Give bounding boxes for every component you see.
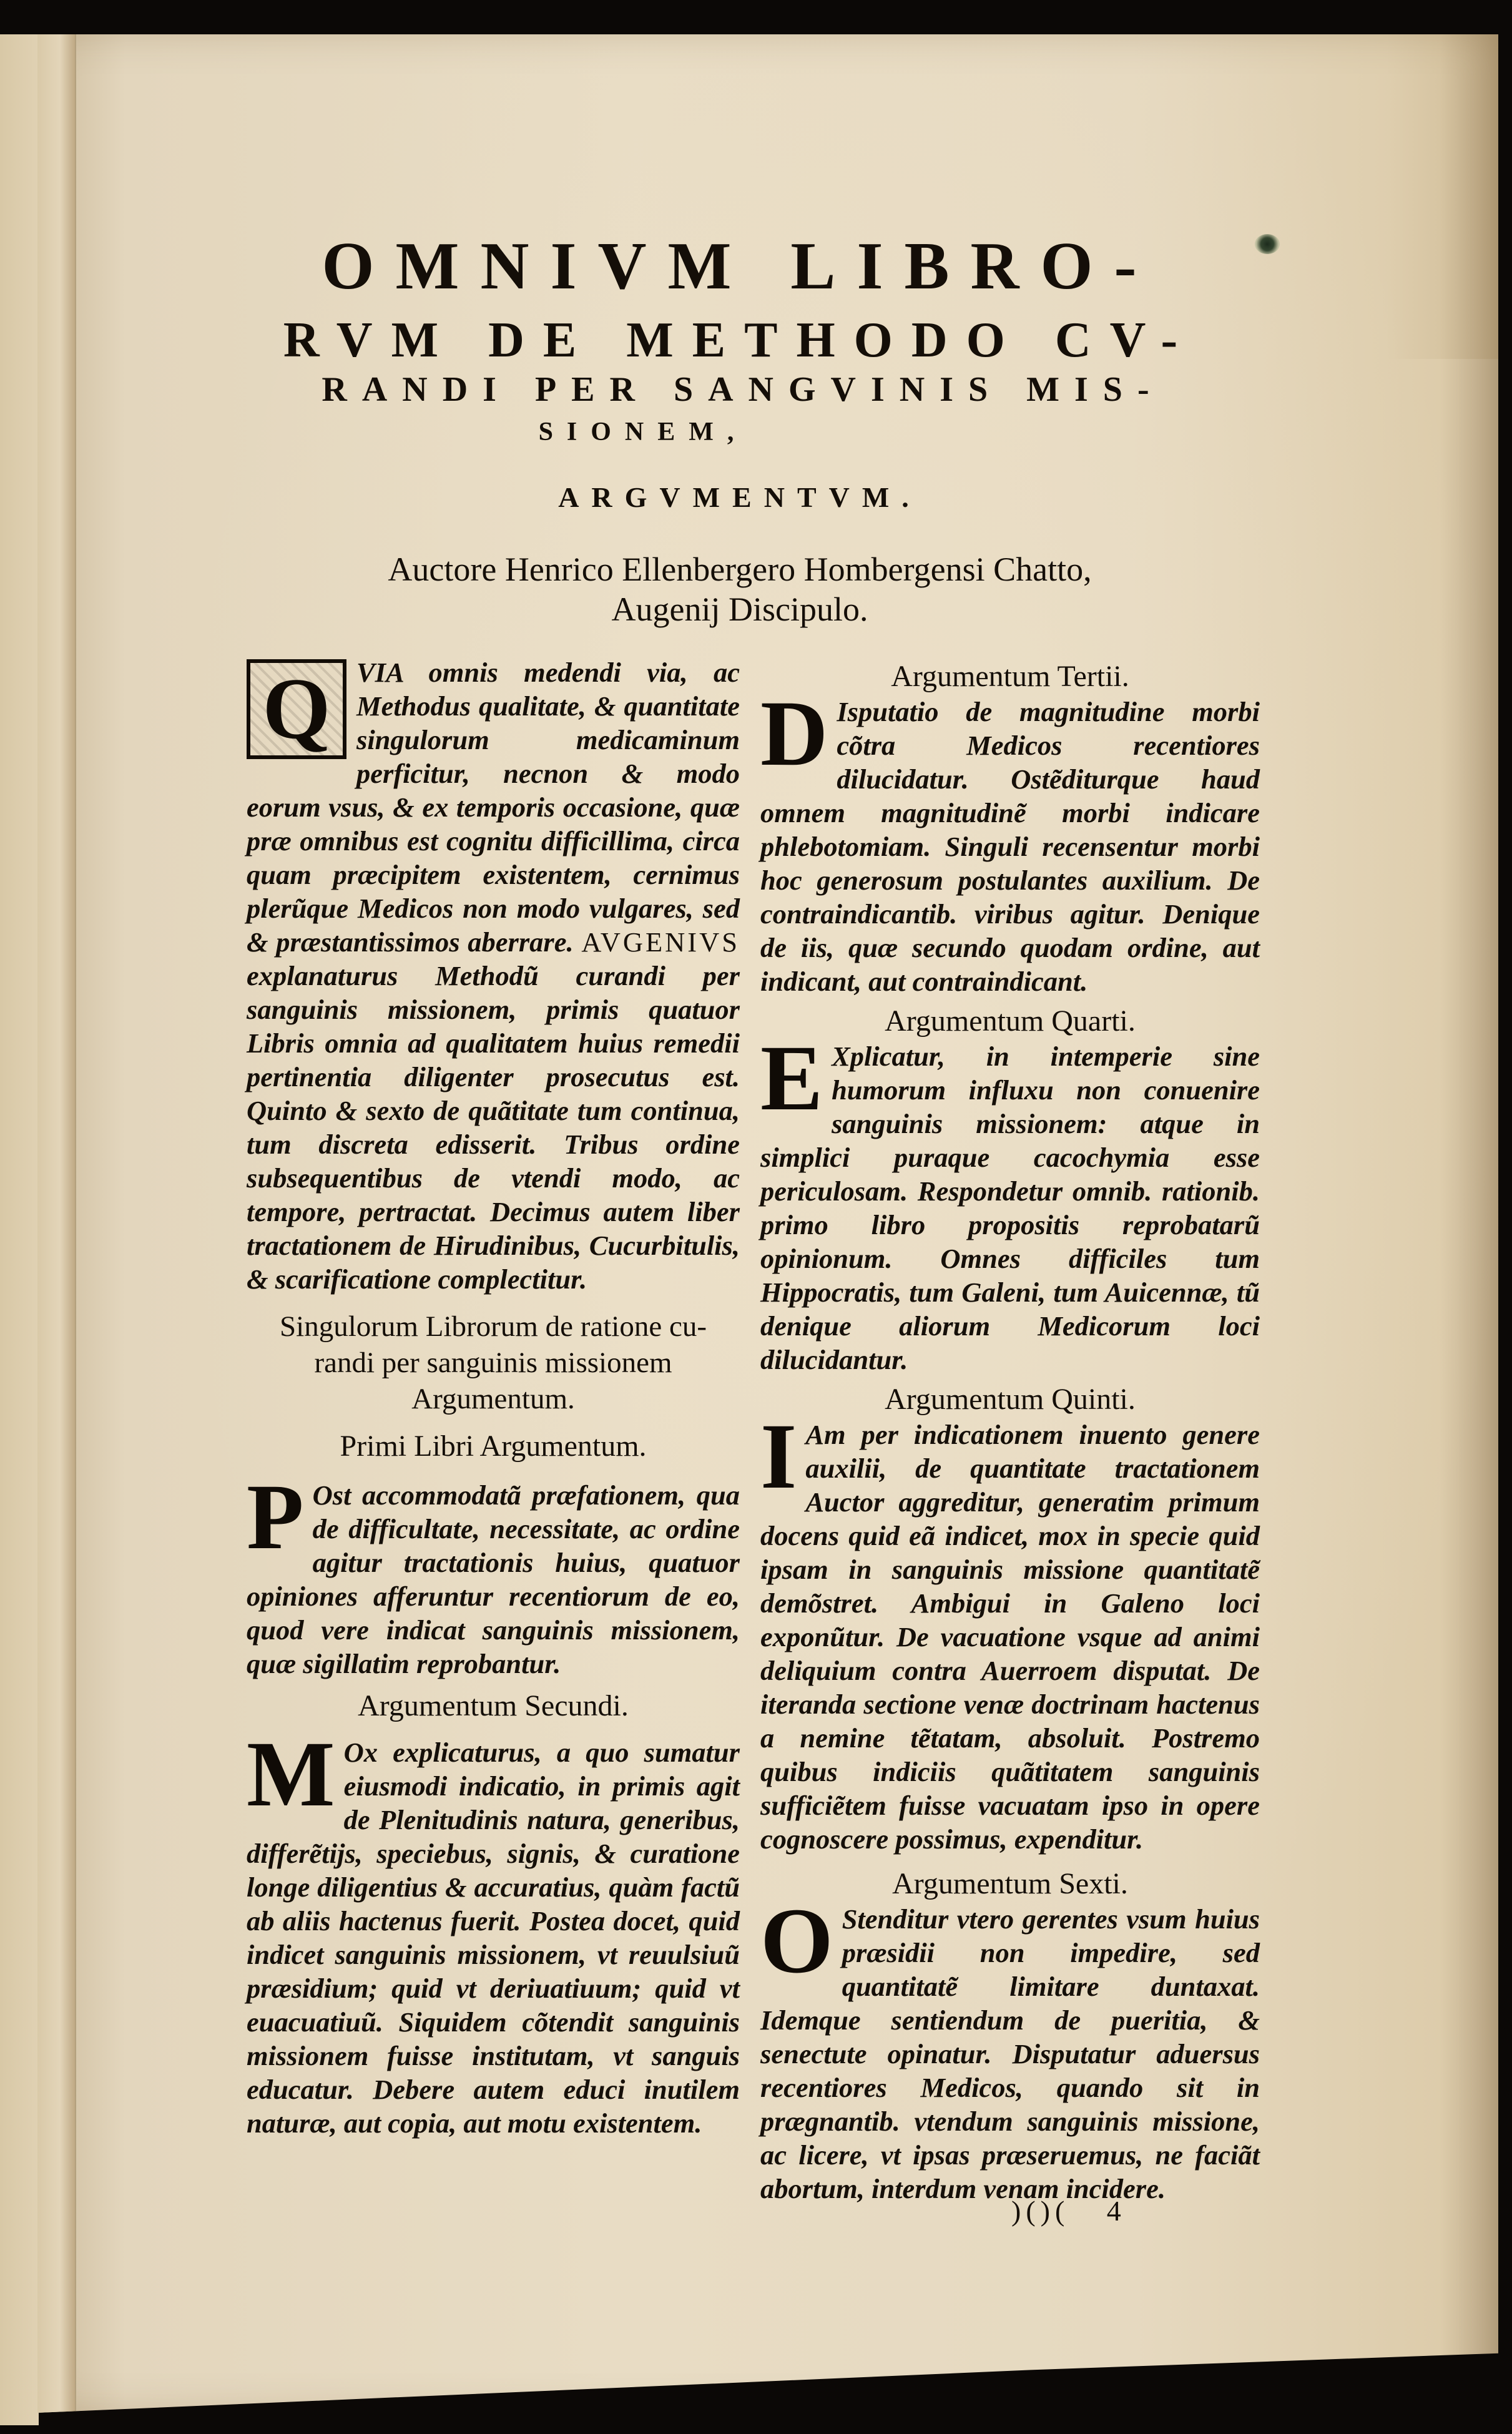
sexti-paragraph: OStenditur vtero gerentes vsum huius præ…: [760, 1902, 1260, 2206]
title-line-2: RVM DE METHODO CV-: [225, 312, 1255, 369]
title-line-1: OMNIVM LIBRO-: [225, 228, 1255, 305]
section-heading-line-2: randi per sanguinis missionem: [247, 1345, 740, 1381]
sexti-heading: Argumentum Sexti.: [760, 1866, 1260, 1902]
tertii-heading: Argumentum Tertii.: [760, 659, 1260, 695]
water-stain: [1386, 34, 1498, 359]
quinti-heading: Argumentum Quinti.: [760, 1381, 1260, 1418]
argumentum-heading: ARGVMENTVM.: [225, 481, 1255, 514]
tertii-paragraph: DIsputatio de magnitudine morbi cõtra Me…: [760, 695, 1260, 998]
ink-blot-mark: [1255, 234, 1280, 254]
gutter-fold: [37, 34, 76, 2413]
initial-p: P: [247, 1481, 304, 1553]
quinti-text: Am per indicationem inuento genere auxil…: [760, 1419, 1260, 1855]
sexti-text: Stenditur vtero gerentes vsum huius præs…: [760, 1903, 1260, 2204]
signature-mark: )()(: [1011, 2194, 1069, 2227]
author-line-2: Augenij Discipulo.: [225, 589, 1255, 629]
quinti-paragraph: IAm per indicationem inuento genere auxi…: [760, 1418, 1260, 1856]
secundi-paragraph: MOx explicaturus, a quo sumatur eiusmodi…: [247, 1735, 740, 2140]
intro-text-continued: explanaturus Methodũ curandi per sanguin…: [247, 960, 740, 1295]
intro-paragraph: QVIA omnis medendi via, ac Methodus qual…: [247, 655, 740, 1296]
tertii-text: Isputatio de magnitudine morbi cõtra Med…: [760, 696, 1260, 997]
author-line-1: Auctore Henrico Ellenbergero Hombergensi…: [225, 549, 1255, 589]
augenius-name: AVGENIVS: [581, 926, 740, 958]
primi-paragraph: POst accommodatã præfationem, qua de dif…: [247, 1478, 740, 1681]
page-signature: )()( 4: [1011, 2194, 1126, 2227]
quarti-text: Xplicatur, in intemperie sine humorum in…: [760, 1041, 1260, 1375]
right-column: Argumentum Tertii. DIsputatio de magnitu…: [760, 659, 1260, 2206]
secundi-heading: Argumentum Secundi.: [247, 1688, 740, 1724]
title-line-4: SIONEM,: [225, 417, 1061, 447]
section-heading-line-1: Singulorum Librorum de ratione cu-: [247, 1308, 740, 1345]
signature-number: 4: [1107, 2194, 1126, 2227]
left-column: QVIA omnis medendi via, ac Methodus qual…: [247, 655, 740, 2140]
primi-text: Ost accommodatã præfationem, qua de diff…: [247, 1480, 740, 1679]
initial-i: I: [760, 1420, 797, 1493]
author-credit: Auctore Henrico Ellenbergero Hombergensi…: [225, 549, 1255, 629]
section-heading: Singulorum Librorum de ratione cu- randi…: [247, 1308, 740, 1417]
initial-e: E: [760, 1042, 823, 1114]
initial-d: D: [760, 697, 828, 770]
section-heading-line-3: Argumentum.: [247, 1381, 740, 1417]
primi-heading: Primi Libri Argumentum.: [247, 1428, 740, 1465]
decorated-initial-q: Q: [247, 659, 346, 759]
initial-m: M: [247, 1738, 335, 1810]
title-line-3: RANDI PER SANGVINIS MIS-: [231, 370, 1255, 410]
quarti-heading: Argumentum Quarti.: [760, 1003, 1260, 1039]
facing-page-edge: [0, 34, 39, 2425]
quarti-paragraph: EXplicatur, in intemperie sine humorum i…: [760, 1039, 1260, 1376]
initial-o: O: [760, 1905, 833, 1977]
